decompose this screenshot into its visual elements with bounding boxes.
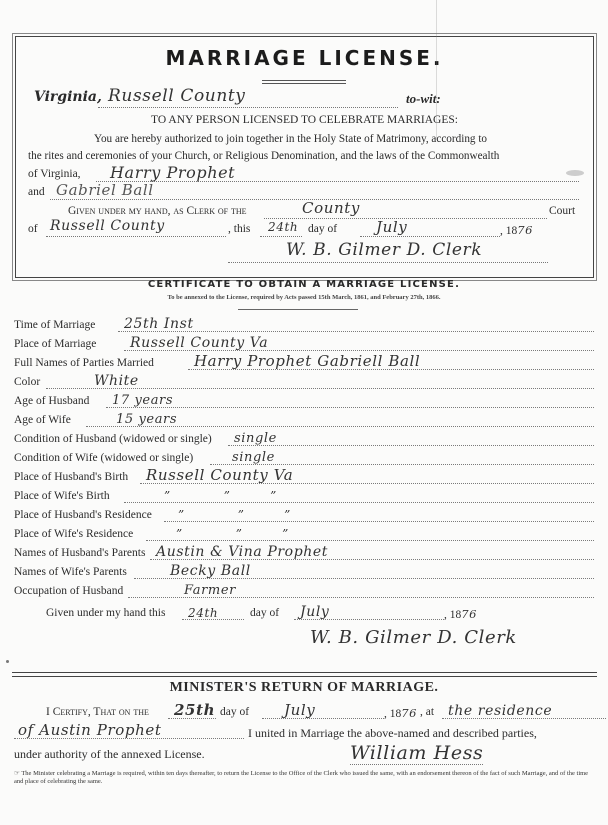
license-day-value: 24th <box>268 220 298 234</box>
cert-year-prefix: , 18 <box>444 609 461 621</box>
section-divider <box>12 672 597 677</box>
value-place-of-marriage: Russell County Va <box>130 335 268 351</box>
court-county-field: Russell County <box>46 221 226 237</box>
year-suffix: 76 <box>517 223 533 237</box>
value-color: White <box>94 373 139 389</box>
title-rule <box>262 80 346 84</box>
field-label-condition-wife: Condition of Wife (widowed or single) <box>14 452 193 464</box>
value-wife-parents: Becky Ball <box>170 563 251 579</box>
this-label: , this <box>228 223 250 235</box>
field-label-full-names: Full Names of Parties Married <box>14 357 154 369</box>
united-text: I united in Marriage the above-named and… <box>248 726 537 741</box>
minister-year: , 1876 <box>384 706 417 720</box>
minister-return: I Certify, That on the 25th day of July … <box>14 700 604 770</box>
certificate-fields: Time of Marriage 25th Inst Place of Marr… <box>14 317 600 657</box>
cert-month-value: July <box>300 604 329 620</box>
license-day-field: 24th <box>260 221 302 237</box>
given-text: Given under my hand, as Clerk of the <box>68 205 247 217</box>
minister-place-value-2: of Austin Prophet <box>18 721 161 739</box>
value-age-wife: 15 years <box>116 412 177 427</box>
body-line-1: You are hereby authorized to join togeth… <box>94 133 487 145</box>
cert-year: , 1876 <box>444 607 477 621</box>
given-label: Given under my hand, as Clerk of the <box>68 205 247 217</box>
of-label: of <box>28 223 38 235</box>
minister-title: MINISTER'S RETURN OF MARRIAGE. <box>0 680 608 696</box>
field-label-wife-residence: Place of Wife's Residence <box>14 528 133 540</box>
minister-day-of-label: day of <box>220 706 249 718</box>
cert-clerk-signature: W. B. Gilmer D. Clerk <box>310 627 517 648</box>
field-label-husband-residence: Place of Husband's Residence <box>14 509 152 521</box>
field-label-place-of-marriage: Place of Marriage <box>14 338 96 350</box>
field-wife-residence: ” ” ” <box>146 526 594 541</box>
cert-day-value: 24th <box>188 606 218 620</box>
scan-speck <box>566 170 584 176</box>
cert-month-field: July <box>294 605 444 620</box>
court-label: Court <box>549 205 575 217</box>
value-husband-parents: Austin & Vina Prophet <box>156 544 328 560</box>
license-month-field: July <box>360 221 500 237</box>
bride-value: Gabriel Ball <box>56 181 154 199</box>
field-full-names: Harry Prophet Gabriell Ball <box>188 355 594 370</box>
year-prefix: , 18 <box>500 225 517 237</box>
field-condition-husband: single <box>228 431 594 446</box>
value-condition-wife: single <box>232 450 275 465</box>
county-field: Russell County <box>98 89 398 108</box>
field-label-husband-parents: Names of Husband's Parents <box>14 547 145 559</box>
field-label-husband-birth: Place of Husband's Birth <box>14 471 128 483</box>
minister-day-value: 25th <box>174 701 215 719</box>
cert-given-label: Given under my hand this <box>46 607 165 619</box>
minister-year-suffix: 76 <box>401 706 417 720</box>
of-virginia-label: of Virginia, <box>28 168 81 180</box>
and-label: and <box>28 186 45 198</box>
field-label-wife-parents: Names of Wife's Parents <box>14 566 127 578</box>
certificate-rule <box>238 309 358 310</box>
state-label: Virginia, <box>34 89 102 105</box>
minister-place-field-2: of Austin Prophet <box>14 724 244 739</box>
field-occupation: Farmer <box>128 583 594 598</box>
cert-day-of-label: day of <box>250 607 279 619</box>
field-husband-birth: Russell County Va <box>140 469 594 484</box>
value-full-names: Harry Prophet Gabriell Ball <box>194 352 420 370</box>
county-value: Russell County <box>108 86 246 106</box>
field-label-condition-husband: Condition of Husband (widowed or single) <box>14 433 212 445</box>
minister-note: ☞ The Minister celebrating a Marriage is… <box>14 770 594 786</box>
certify-text: I Certify, That on the <box>46 706 149 718</box>
bride-field: Gabriel Ball <box>50 184 579 200</box>
clerk-signature: W. B. Gilmer D. Clerk <box>286 240 482 260</box>
field-color: White <box>46 374 594 389</box>
field-wife-parents: Becky Ball <box>134 564 594 579</box>
address-line: TO ANY PERSON LICENSED TO CELEBRATE MARR… <box>16 114 593 126</box>
minister-year-prefix: , 18 <box>384 708 401 720</box>
field-age-wife: 15 years <box>86 412 594 427</box>
value-wife-birth: ” ” ” <box>164 489 277 503</box>
day-of-label: day of <box>308 223 337 235</box>
minister-place-value-1: the residence <box>448 703 552 719</box>
minister-day-field: 25th <box>168 704 216 719</box>
scan-speck <box>6 660 9 663</box>
value-condition-husband: single <box>234 431 277 446</box>
marriage-license-section: MARRIAGE LICENSE. Virginia, Russell Coun… <box>15 36 594 278</box>
field-label-time-of-marriage: Time of Marriage <box>14 319 95 331</box>
field-label-wife-birth: Place of Wife's Birth <box>14 490 110 502</box>
value-time-of-marriage: 25th Inst <box>124 316 194 332</box>
authority-text: under authority of the annexed License. <box>14 747 205 762</box>
license-month-value: July <box>376 218 407 236</box>
minister-at-label: , at <box>420 706 434 718</box>
clerk-signature-line: W. B. Gilmer D. Clerk <box>228 244 548 263</box>
certificate-title: CERTIFICATE TO OBTAIN A MARRIAGE LICENSE… <box>0 279 608 290</box>
field-condition-wife: single <box>210 450 594 465</box>
cert-year-suffix: 76 <box>461 607 477 621</box>
scan-fold-line <box>436 0 437 140</box>
court-county-value: Russell County <box>50 218 165 234</box>
certificate-subtitle: To be annexed to the License, required b… <box>0 294 608 301</box>
minister-signature: William Hess <box>350 742 483 765</box>
minister-place-field-1: the residence <box>442 704 606 719</box>
minister-month-field: July <box>262 704 384 719</box>
field-label-color: Color <box>14 376 40 388</box>
value-age-husband: 17 years <box>112 393 173 408</box>
field-time-of-marriage: 25th Inst <box>118 317 594 332</box>
field-age-husband: 17 years <box>106 393 594 408</box>
value-husband-birth: Russell County Va <box>146 466 293 484</box>
value-wife-residence: ” ” ” <box>176 527 289 541</box>
body-line-2: the rites and ceremonies of your Church,… <box>28 150 499 162</box>
value-husband-residence: ” ” ” <box>178 508 291 522</box>
license-title: MARRIAGE LICENSE. <box>16 46 593 70</box>
field-label-age-husband: Age of Husband <box>14 395 89 407</box>
field-husband-parents: Austin & Vina Prophet <box>150 545 594 560</box>
court-type-value: County <box>302 199 360 217</box>
field-husband-residence: ” ” ” <box>164 507 594 522</box>
groom-field: Harry Prophet <box>96 166 579 182</box>
value-occupation: Farmer <box>184 583 236 598</box>
court-type-field: County <box>264 203 547 219</box>
cert-day-field: 24th <box>182 605 244 620</box>
field-label-occupation: Occupation of Husband <box>14 585 123 597</box>
field-label-age-wife: Age of Wife <box>14 414 71 426</box>
certify-label: I Certify, That on the <box>46 706 149 718</box>
license-year: , 1876 <box>500 223 533 237</box>
minister-month-value: July <box>284 701 315 719</box>
field-wife-birth: ” ” ” <box>124 488 594 503</box>
groom-value: Harry Prophet <box>110 163 235 182</box>
state-line: Virginia, <box>34 89 102 105</box>
field-place-of-marriage: Russell County Va <box>124 336 594 351</box>
